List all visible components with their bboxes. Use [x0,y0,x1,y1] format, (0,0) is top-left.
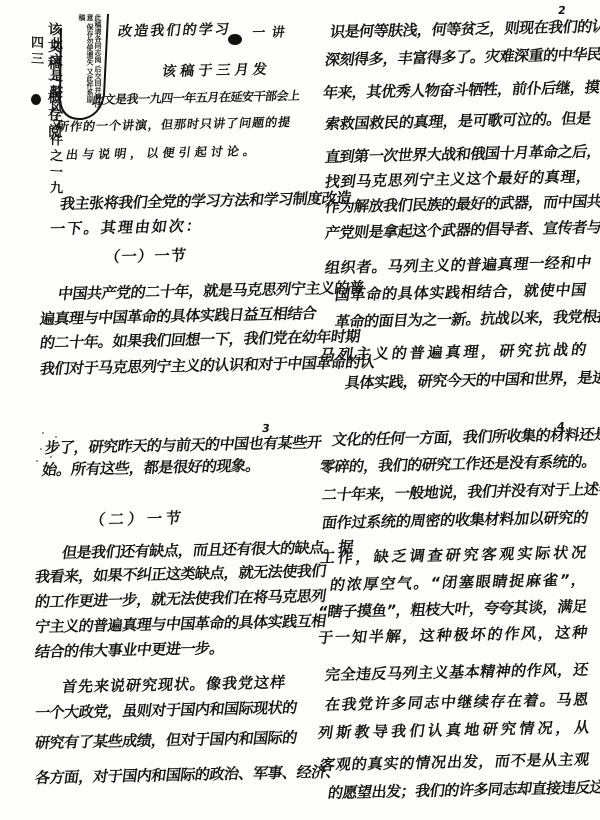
text-line: 国革命的具体实践相结合，就使中国 [334,280,588,305]
section-heading-1: （一）一节 [104,245,187,267]
text-line: 零碎的，我们的研究工作还是没有系统的。 [319,451,588,477]
page-title: 改造我们的学习 [117,20,230,42]
text-line: 我们对于马克思列宁主义的认识和对于中国革命的认 [39,354,293,379]
header-note: 该稿于三月发 [161,60,268,82]
text-line: 的二十年。如果我们回想一下，我们党在幼年时期 [39,328,293,353]
text-line: 作为解放我们民族的最好的武器，而中国共 [324,191,593,217]
opening-line: 我主张将我们全党的学习方法和学习制度改造 [59,189,297,214]
text-line: 识是何等肤浅，何等贫乏，则现在我们的认识 [329,17,595,42]
text-line: 于一知半解，这种极坏的作风，这种 [317,622,589,648]
text-line: 完全违反马列主义基本精神的作风，还 [324,660,590,685]
text-line: 找到马克思列宁主义这个最好的真理， [324,166,593,192]
manuscript-page-1: 此稿请各同志阅 后交回并请注意 保存勿使遗失 又此件系原稿 此文是整风文件之一九… [0,0,305,400]
bracket-note-col: 保存勿使遗失 [86,23,94,65]
text-line: 各方面，对于国内和国际的政治、军事、经济、 [34,763,283,788]
text-line: 二十年来，一般地说，我们并没有对于上述各方 [321,479,590,505]
text-line: 面作过系统的周密的收集材料加以研究的 [321,507,590,533]
page-number: 2 [557,4,566,17]
text-line: 产党则是拿起这个武器的倡导者、宣传者与 [324,217,593,243]
text-line: 始。所有这些，都是很好的现象。 [41,456,244,480]
text-line: 的工作更进一步，就无法使我们在将马克思列 [34,587,288,612]
text-line: 客观的真实的情况出发，而不是从主观 [319,749,591,775]
manuscript-page-3: 3 步了，研究昨天的与前天的中国也有某些开 始。所有这些，都是很好的现象。 （二… [0,410,305,820]
text-line: 研究有了某些成绩，但对于国内和国际的 [34,728,283,753]
text-line: 宁主义的普遍真理与中国革命的具体实践互相 [34,612,288,637]
text-line: 的浓厚空气。“闭塞眼睛捉麻雀”， [329,570,588,595]
text-line: 索救国救民的真理，是可歌可泣的。但是 [324,108,593,134]
section-heading-2: （二）一节 [89,508,182,530]
text-line: 文化的任何一方面，我们所收集的材料还是 [331,425,590,450]
text-line: 但是我们还有缺点，而且还有很大的缺点。据 [61,538,289,563]
manuscript-page-2: 2 识是何等肤浅，何等贫乏，则现在我们的认识 深刻得多，丰富得多了。灾难深重的中… [305,0,600,400]
text-line: 首先来说研究现状。像我党这样 [61,672,286,697]
text-line: 工作，缺乏调查研究客观实际状况 [319,542,588,568]
text-line: 具体实践，研究今天的中国和世界，是进一 [344,368,587,393]
text-line: 在我党许多同志中继续存在着。马恩 [324,690,590,715]
text-line: 深刻得多，丰富得多了。灾难深重的中华民族，一百 [324,45,590,70]
margin-vertical-note-2: 该文稿一概存阅 [44,21,64,157]
intro-line: 出与说明，以便引起讨论。 [65,143,256,163]
ink-blot [31,94,41,105]
intro-line: 此文是我一九四一年五月在延安干部会上 [91,88,289,108]
ink-blot [228,34,242,45]
text-line: 遍真理与中国革命的具体实践日益互相结合 [39,304,291,329]
text-line: “瞎子摸鱼”，粗枝大叶，夸夸其谈，满足 [317,596,589,622]
text-line: 步了，研究昨天的与前天的中国也有某些开 [44,433,287,458]
text-line: 的愿望出发；我们的许多同志却直接违反这 [327,778,589,803]
text-line: 列斯教导我们认真地研究情况，从 [317,717,591,743]
title-suffix: 一讲 [251,23,286,44]
text-line: 中国共产党的二十年，就是马克思列宁主义的普 [57,279,292,304]
text-line: 马列主义的普遍真理，研究抗战的 [319,339,588,365]
text-line: 直到第一次世界大战和俄国十月革命之后，才 [324,141,593,167]
text-line: 结合的伟大事业中更进一步。 [34,639,202,662]
text-line: 组织者。马列主义的普遍真理一经和中 [324,252,593,278]
text-line: 我看来，如果不纠正这类缺点，就无法使我们 [34,562,288,587]
manuscript-page-4: 4 文化的任何一方面，我们所收集的材料还是 零碎的，我们的研究工作还是没有系统的… [305,410,600,820]
text-line: 一个大政党，虽则对于国内和国际现状的 [34,698,288,723]
text-line: 革命的面目为之一新。抗战以来，我党根据 [334,307,588,332]
bracket-note-col: 此稿请各同志阅 [94,14,102,63]
opening-line: 一下。其理由如次： [49,216,202,239]
text-line: 年来，其优秀人物奋斗牺牲，前仆后继，摸 [322,77,591,103]
